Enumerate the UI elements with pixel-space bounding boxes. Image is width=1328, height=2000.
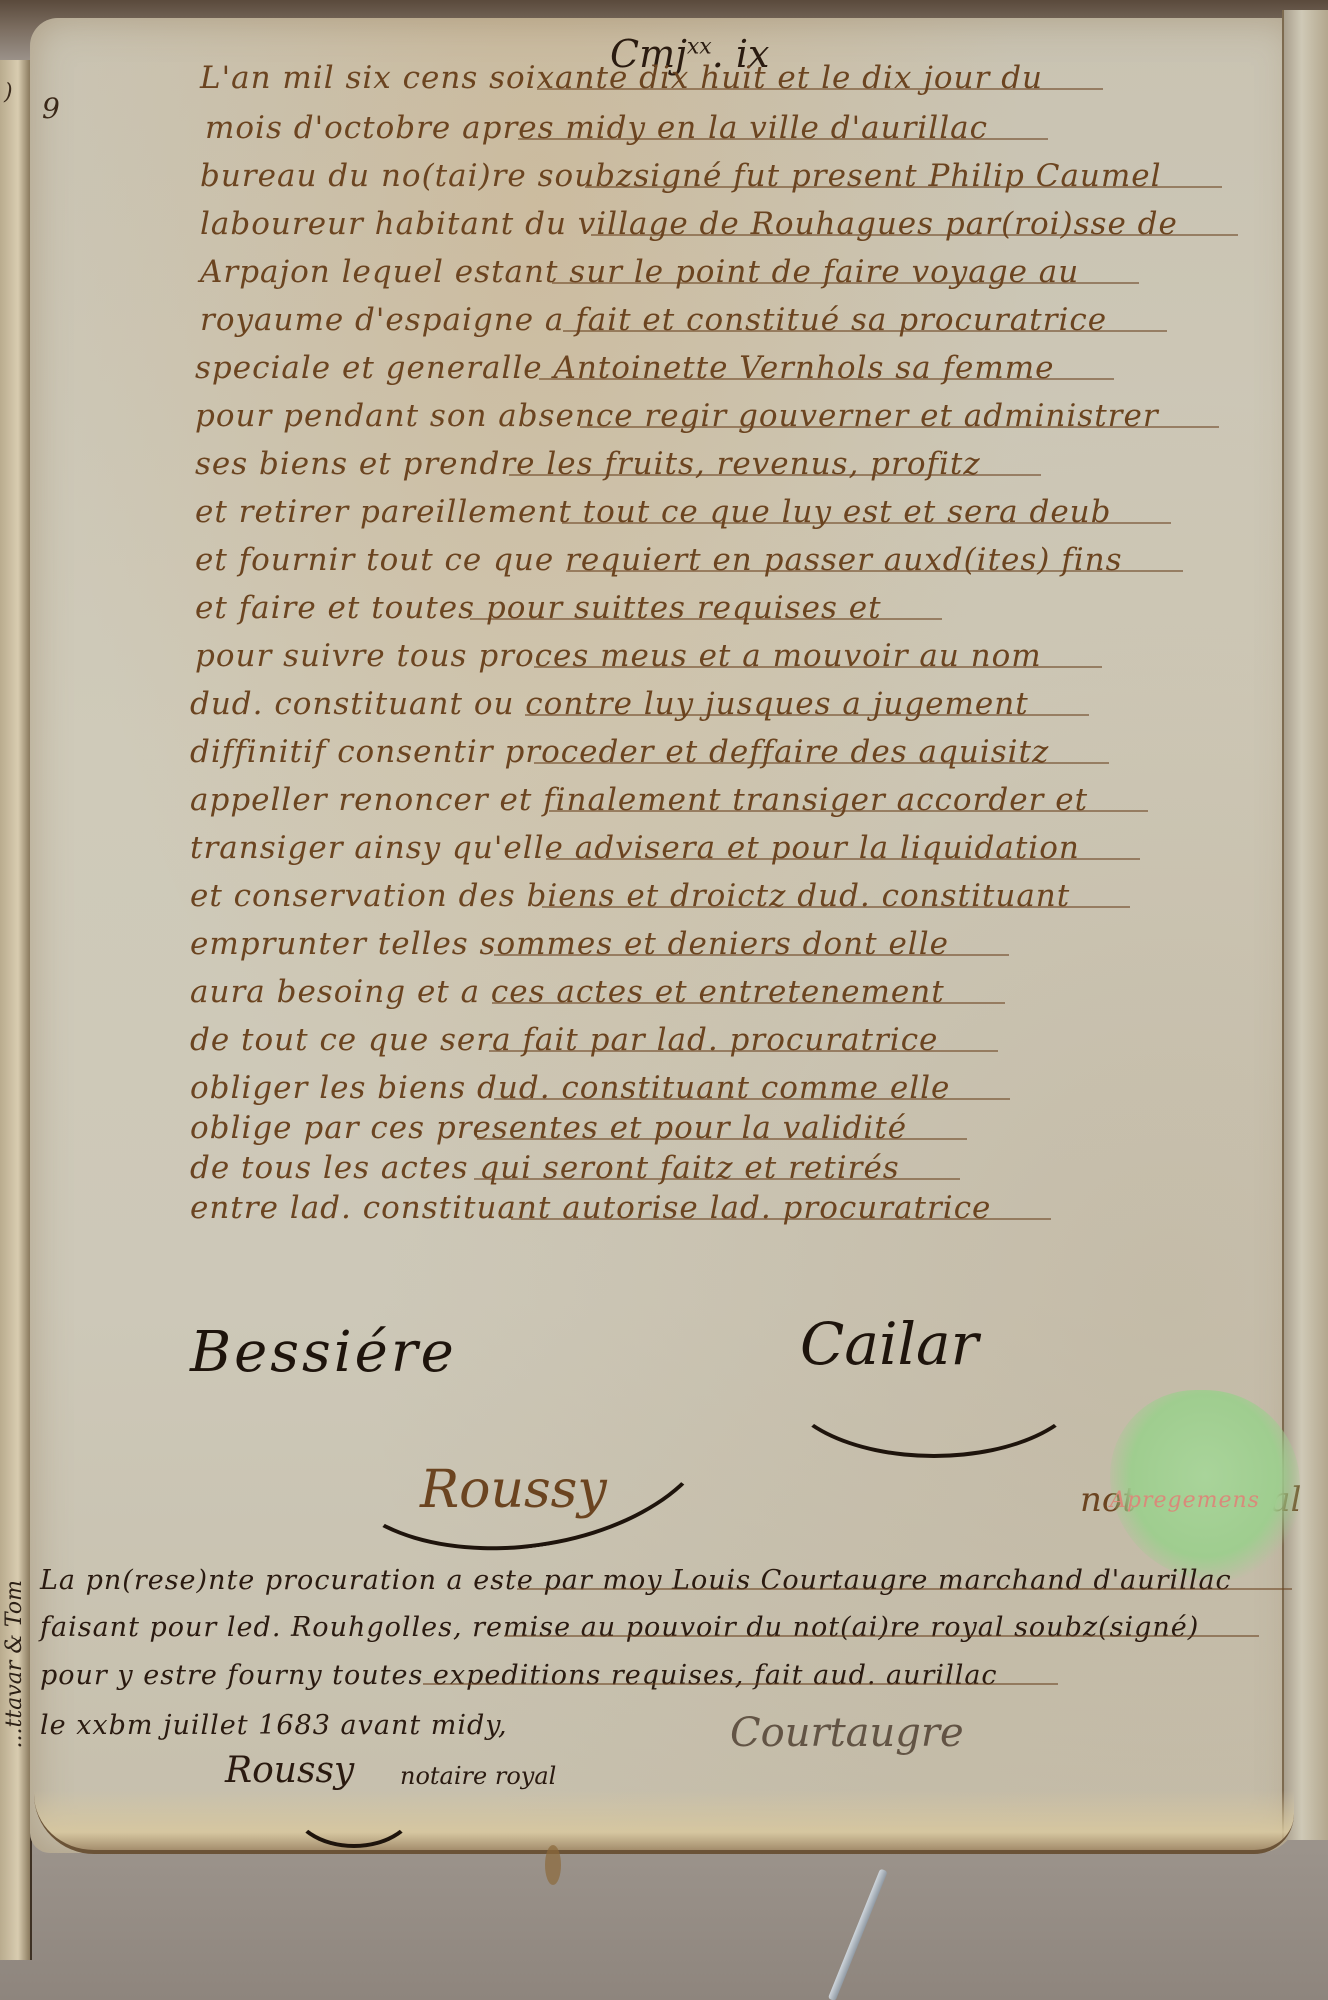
notary-title-postscript: notaire royal bbox=[400, 1762, 556, 1790]
postscript-line: le xxbm juillet 1683 avant midy, bbox=[40, 1710, 508, 1741]
postscript-line: La pn(rese)nte procuration a este par mo… bbox=[40, 1565, 1232, 1596]
postscript-line: pour y estre fourny toutes expeditions r… bbox=[40, 1660, 998, 1691]
ink-stain bbox=[545, 1845, 561, 1885]
postscript: La pn(rese)nte procuration a este par mo… bbox=[0, 0, 1328, 2000]
postscript-line: faisant pour led. Rouhgolles, remise au … bbox=[40, 1612, 1199, 1643]
signature-courtaugre: Courtaugre bbox=[730, 1710, 964, 1756]
signature-flourish bbox=[290, 1760, 418, 1848]
